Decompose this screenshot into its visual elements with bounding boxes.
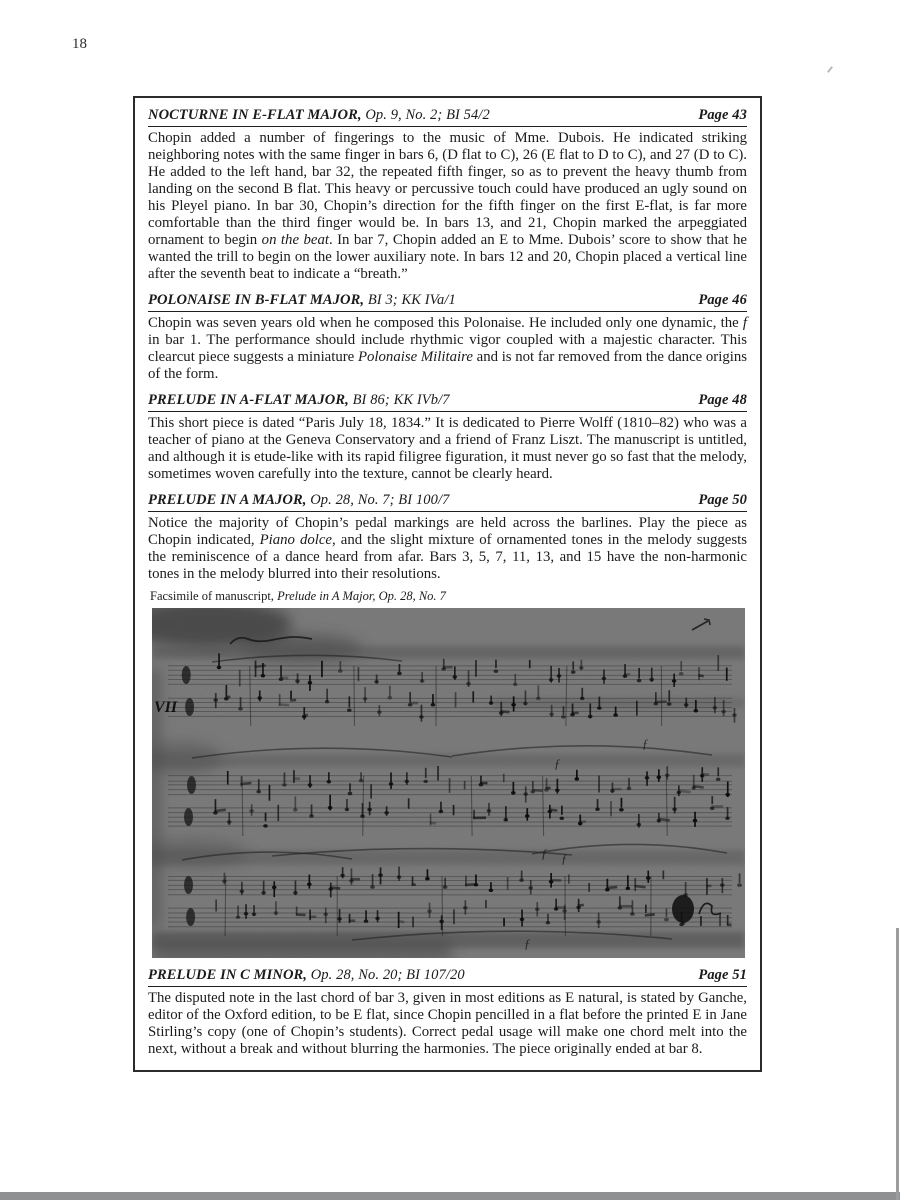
section-heading: PRELUDE IN A-FLAT MAJOR, BI 86; KK IVb/7… <box>148 389 747 412</box>
piece-section: PRELUDE IN A-FLAT MAJOR, BI 86; KK IVb/7… <box>148 389 747 483</box>
piece-title: PRELUDE IN C MINOR, <box>148 967 307 983</box>
manuscript-facsimile-image: ƒƒƒƒƒ VII <box>152 608 745 958</box>
heading-titles: PRELUDE IN A-FLAT MAJOR, BI 86; KK IVb/7 <box>148 392 450 409</box>
piece-title: POLONAISE IN B-FLAT MAJOR, <box>148 292 364 308</box>
section-paragraph: Chopin was seven years old when he compo… <box>148 315 747 383</box>
page-number: 18 <box>72 36 87 53</box>
piece-section: NOCTURNE IN E-FLAT MAJOR, Op. 9, No. 2; … <box>148 104 747 283</box>
piece-catalog: BI 3; KK IVa/1 <box>364 292 456 308</box>
page-reference: Page 46 <box>698 292 747 309</box>
section-heading: NOCTURNE IN E-FLAT MAJOR, Op. 9, No. 2; … <box>148 104 747 127</box>
piece-title: PRELUDE IN A-FLAT MAJOR, <box>148 392 349 408</box>
scan-speck <box>827 66 833 73</box>
section-heading: PRELUDE IN A MAJOR, Op. 28, No. 7; BI 10… <box>148 489 747 512</box>
heading-titles: NOCTURNE IN E-FLAT MAJOR, Op. 9, No. 2; … <box>148 107 490 124</box>
piece-catalog: Op. 9, No. 2; BI 54/2 <box>362 107 490 123</box>
section-paragraph: This short piece is dated “Paris July 18… <box>148 415 747 483</box>
content-box: NOCTURNE IN E-FLAT MAJOR, Op. 9, No. 2; … <box>133 96 762 1072</box>
heading-titles: POLONAISE IN B-FLAT MAJOR, BI 3; KK IVa/… <box>148 292 456 309</box>
facsimile-caption: Facsimile of manuscript, Prelude in A Ma… <box>150 589 747 604</box>
manuscript-figure: ƒƒƒƒƒ VII <box>152 608 745 958</box>
piece-catalog: Op. 28, No. 20; BI 107/20 <box>307 967 465 983</box>
scan-edge-right <box>896 928 899 1200</box>
film-grain-overlay <box>152 608 745 958</box>
piece-section: PRELUDE IN A MAJOR, Op. 28, No. 7; BI 10… <box>148 489 747 583</box>
piece-title: PRELUDE IN A MAJOR, <box>148 492 306 508</box>
section-paragraph: The disputed note in the last chord of b… <box>148 990 747 1058</box>
page-reference: Page 51 <box>698 967 747 984</box>
section-paragraph: Notice the majority of Chopin’s pedal ma… <box>148 515 747 583</box>
heading-titles: PRELUDE IN A MAJOR, Op. 28, No. 7; BI 10… <box>148 492 449 509</box>
page-reference: Page 48 <box>698 392 747 409</box>
piece-catalog: Op. 28, No. 7; BI 100/7 <box>306 492 449 508</box>
section-heading: POLONAISE IN B-FLAT MAJOR, BI 3; KK IVa/… <box>148 289 747 312</box>
piece-catalog: BI 86; KK IVb/7 <box>349 392 450 408</box>
page-reference: Page 50 <box>698 492 747 509</box>
piece-section: PRELUDE IN C MINOR, Op. 28, No. 20; BI 1… <box>148 964 747 1058</box>
piece-title: NOCTURNE IN E-FLAT MAJOR, <box>148 107 362 123</box>
scan-edge-bottom <box>0 1192 900 1200</box>
heading-titles: PRELUDE IN C MINOR, Op. 28, No. 20; BI 1… <box>148 967 465 984</box>
section-heading: PRELUDE IN C MINOR, Op. 28, No. 20; BI 1… <box>148 964 747 987</box>
page-reference: Page 43 <box>698 107 747 124</box>
piece-section: POLONAISE IN B-FLAT MAJOR, BI 3; KK IVa/… <box>148 289 747 383</box>
section-paragraph: Chopin added a number of fingerings to t… <box>148 130 747 283</box>
